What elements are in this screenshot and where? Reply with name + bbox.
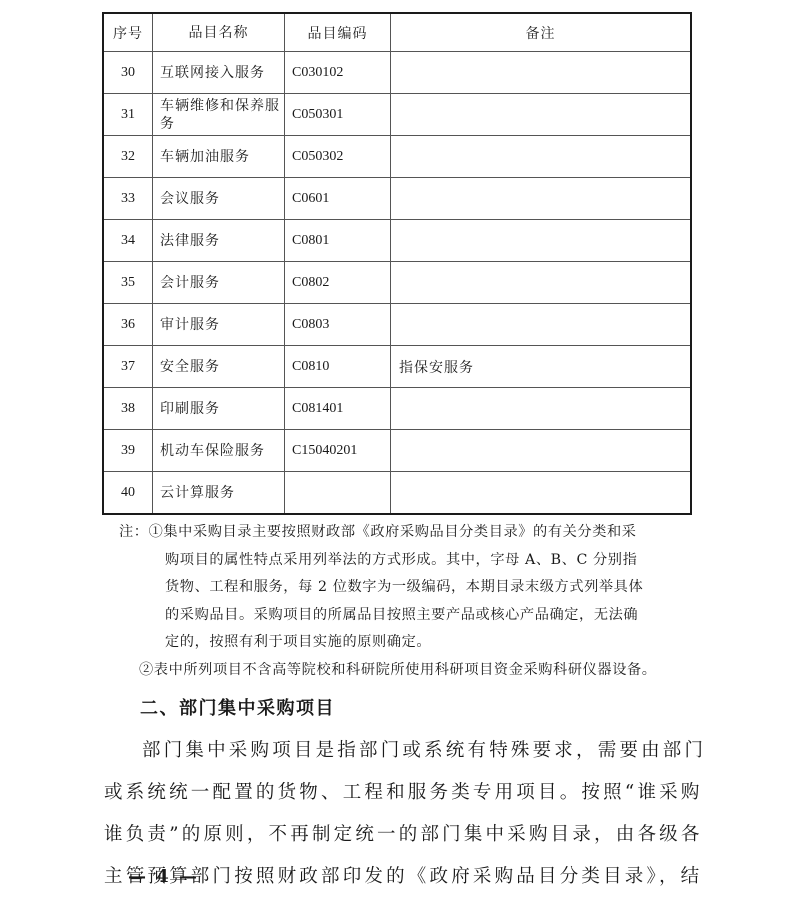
section-heading: 二、部门集中采购项目 <box>140 694 335 720</box>
row-item-code: C0801 <box>285 220 391 262</box>
table-row: 33会议服务C0601 <box>103 178 691 220</box>
row-item-name: 安全服务 <box>153 346 285 388</box>
header-item-name: 品目名称 <box>153 13 285 52</box>
row-index: 30 <box>103 52 153 94</box>
paragraph-line: 部门集中采购项目是指部门或系统有特殊要求，需要由部门 <box>104 730 694 772</box>
row-item-code: C0802 <box>285 262 391 304</box>
table-row: 32车辆加油服务C050302 <box>103 136 691 178</box>
row-item-name: 车辆加油服务 <box>153 136 285 178</box>
row-item-name: 印刷服务 <box>153 388 285 430</box>
row-item-code: C0810 <box>285 346 391 388</box>
table-row: 39机动车保险服务C15040201 <box>103 430 691 472</box>
row-item-name: 法律服务 <box>153 220 285 262</box>
row-index: 32 <box>103 136 153 178</box>
row-index: 31 <box>103 94 153 136</box>
row-index: 38 <box>103 388 153 430</box>
row-index: 39 <box>103 430 153 472</box>
row-item-name: 审计服务 <box>153 304 285 346</box>
row-remark <box>391 388 692 430</box>
row-item-name: 互联网接入服务 <box>153 52 285 94</box>
row-index: 33 <box>103 178 153 220</box>
row-item-name: 机动车保险服务 <box>153 430 285 472</box>
note-line: 定的，按照有利于项目实施的原则确定。 <box>119 629 694 657</box>
table-row: 30互联网接入服务C030102 <box>103 52 691 94</box>
row-item-name: 会议服务 <box>153 178 285 220</box>
row-index: 40 <box>103 472 153 515</box>
row-index: 37 <box>103 346 153 388</box>
row-item-code: C0601 <box>285 178 391 220</box>
header-index: 序号 <box>103 13 153 52</box>
table-row: 35会计服务C0802 <box>103 262 691 304</box>
row-item-code: C050301 <box>285 94 391 136</box>
table-header-row: 序号 品目名称 品目编码 备注 <box>103 13 691 52</box>
row-index: 36 <box>103 304 153 346</box>
paragraph-line: 谁负责”的原则，不再制定统一的部门集中采购目录，由各级各 <box>104 814 694 856</box>
row-remark <box>391 178 692 220</box>
header-item-code: 品目编码 <box>285 13 391 52</box>
table-row: 38印刷服务C081401 <box>103 388 691 430</box>
row-item-name: 会计服务 <box>153 262 285 304</box>
table-row: 36审计服务C0803 <box>103 304 691 346</box>
row-item-name: 云计算服务 <box>153 472 285 515</box>
row-remark <box>391 94 692 136</box>
header-remarks: 备注 <box>391 13 692 52</box>
row-item-name: 车辆维修和保养服务 <box>153 94 285 136</box>
row-remark <box>391 472 692 515</box>
row-item-code: C030102 <box>285 52 391 94</box>
row-remark <box>391 52 692 94</box>
row-item-code: C081401 <box>285 388 391 430</box>
row-remark <box>391 220 692 262</box>
paragraph-line: 或系统统一配置的货物、工程和服务类专用项目。按照“谁采购 <box>104 772 694 814</box>
table-row: 37安全服务C0810指保安服务 <box>103 346 691 388</box>
note-line: 货物、工程和服务，每 2 位数字为一级编码，本期目录末级方式列举具体 <box>119 574 694 602</box>
note-line: 的采购品目。采购项目的所属品目按照主要产品或核心产品确定，无法确 <box>119 602 694 630</box>
row-index: 34 <box>103 220 153 262</box>
row-remark: 指保安服务 <box>391 346 692 388</box>
row-item-code <box>285 472 391 515</box>
note-line: 注：①集中采购目录主要按照财政部《政府采购品目分类目录》的有关分类和采 <box>119 519 694 547</box>
table-row: 31车辆维修和保养服务C050301 <box>103 94 691 136</box>
table-notes: 注：①集中采购目录主要按照财政部《政府采购品目分类目录》的有关分类和采 购项目的… <box>119 519 694 684</box>
row-remark <box>391 304 692 346</box>
note-line: 购项目的属性特点采用列举法的方式形成。其中，字母 A、B、C 分别指 <box>119 547 694 575</box>
row-remark <box>391 262 692 304</box>
page-number: — 4 — <box>128 866 199 887</box>
table-row: 40云计算服务 <box>103 472 691 515</box>
procurement-catalog-table: 序号 品目名称 品目编码 备注 30互联网接入服务C030102 31车辆维修和… <box>102 12 692 515</box>
row-item-code: C15040201 <box>285 430 391 472</box>
row-item-code: C0803 <box>285 304 391 346</box>
row-remark <box>391 430 692 472</box>
row-index: 35 <box>103 262 153 304</box>
note-line: ②表中所列项目不含高等院校和科研院所使用科研项目资金采购科研仪器设备。 <box>119 657 694 685</box>
table-row: 34法律服务C0801 <box>103 220 691 262</box>
row-item-code: C050302 <box>285 136 391 178</box>
row-remark <box>391 136 692 178</box>
